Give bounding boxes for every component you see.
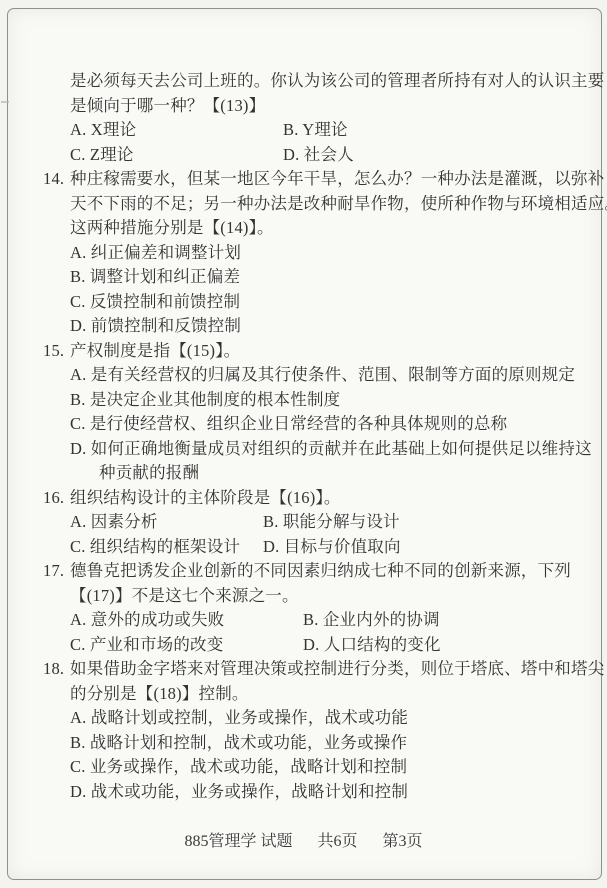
q15-option-c: C. 是行使经营权、组织企业日常经营的各种具体规则的总称 <box>43 412 577 437</box>
q16-option-row-1: A. 因素分析 B. 职能分解与设计 <box>43 510 577 535</box>
q18-number: 18. <box>43 657 70 682</box>
q18-stem-line-1: 18.如果借助金字塔来对管理决策或控制进行分类，则位于塔底、塔中和塔尖 <box>43 657 577 682</box>
q14-stem-line-2: 天不下雨的不足；另一种办法是改种耐旱作物，使所种作物与环境相适应。 <box>43 192 577 217</box>
q17-option-d: D. 人口结构的变化 <box>303 633 441 658</box>
q15-option-b: B. 是决定企业其他制度的根本性制度 <box>43 388 577 413</box>
q13-stem-line-1: 是必须每天去公司上班的。你认为该公司的管理者所持有对人的认识主要 <box>43 69 577 94</box>
q13-stem-line-2: 是倾向于哪一种？【(13)】 <box>43 94 577 119</box>
q17-option-b: B. 企业内外的协调 <box>303 608 440 633</box>
q13-option-d: D. 社会人 <box>283 143 354 168</box>
q16-number: 16. <box>43 486 70 511</box>
scanned-exam-page: { "doc": { "q13": { "stem": [ "是必须每天去公司上… <box>0 0 607 888</box>
q14-stem-text: 种庄稼需要水，但某一地区今年干旱，怎么办？一种办法是灌溉，以弥补 <box>70 169 604 188</box>
q14-number: 14. <box>43 167 70 192</box>
q18-stem-text: 如果借助金字塔来对管理决策或控制进行分类，则位于塔底、塔中和塔尖 <box>70 659 604 678</box>
q16-option-b: B. 职能分解与设计 <box>263 510 400 535</box>
footer-total-pages: 共6页 <box>317 830 357 854</box>
q16-option-d: D. 目标与价值取向 <box>263 535 401 560</box>
q18-stem-line-2: 的分别是【(18)】控制。 <box>43 682 577 707</box>
q13-option-row-1: A. X理论 B. Y理论 <box>43 118 577 143</box>
exam-body: 是必须每天去公司上班的。你认为该公司的管理者所持有对人的认识主要 是倾向于哪一种… <box>43 69 577 804</box>
q15-stem-line-1: 15.产权制度是指【(15)】。 <box>43 339 577 364</box>
q17-option-a: A. 意外的成功或失败 <box>70 608 303 633</box>
q16-stem-line-1: 16.组织结构设计的主体阶段是【(16)】。 <box>43 486 577 511</box>
q13-option-a: A. X理论 <box>70 118 283 143</box>
q17-option-row-1: A. 意外的成功或失败 B. 企业内外的协调 <box>43 608 577 633</box>
q15-stem-text: 产权制度是指【(15)】。 <box>70 341 240 360</box>
q18-option-c: C. 业务或操作，战术或功能，战略计划和控制 <box>43 755 577 780</box>
q17-stem-line-2: 【(17)】不是这七个来源之一。 <box>43 584 577 609</box>
q18-option-b: B. 战略计划和控制，战术或功能，业务或操作 <box>43 731 577 756</box>
footer-exam-title: 885管理学 试题 <box>184 830 292 854</box>
q14-option-a: A. 纠正偏差和调整计划 <box>43 241 577 266</box>
q15-option-d-continuation: 种贡献的报酬 <box>43 461 577 486</box>
q18-option-d: D. 战术或功能，业务或操作，战略计划和控制 <box>43 780 577 805</box>
q17-stem-text: 德鲁克把诱发企业创新的不同因素归纳成七种不同的创新来源，下列 <box>70 561 571 580</box>
q14-option-c: C. 反馈控制和前馈控制 <box>43 290 577 315</box>
q17-option-row-2: C. 产业和市场的改变 D. 人口结构的变化 <box>43 633 577 658</box>
q17-stem-line-1: 17.德鲁克把诱发企业创新的不同因素归纳成七种不同的创新来源，下列 <box>43 559 577 584</box>
q17-option-c: C. 产业和市场的改变 <box>70 633 303 658</box>
q16-stem-text: 组织结构设计的主体阶段是【(16)】。 <box>70 488 341 507</box>
q13-option-c: C. Z理论 <box>70 143 283 168</box>
q14-stem-line-1: 14.种庄稼需要水，但某一地区今年干旱，怎么办？一种办法是灌溉，以弥补 <box>43 167 577 192</box>
q16-option-a: A. 因素分析 <box>70 510 263 535</box>
footer-page-number: 第3页 <box>383 830 423 854</box>
q14-option-d: D. 前馈控制和反馈控制 <box>43 314 577 339</box>
q17-number: 17. <box>43 559 70 584</box>
q15-number: 15. <box>43 339 70 364</box>
page-footer: 885管理学 试题 共6页 第3页 <box>0 830 607 854</box>
scan-artifact-dash <box>1 101 9 103</box>
q16-option-c: C. 组织结构的框架设计 <box>70 535 263 560</box>
q16-option-row-2: C. 组织结构的框架设计 D. 目标与价值取向 <box>43 535 577 560</box>
q13-option-row-2: C. Z理论 D. 社会人 <box>43 143 577 168</box>
q18-option-a: A. 战略计划或控制，业务或操作，战术或功能 <box>43 706 577 731</box>
q14-stem-line-3: 这两种措施分别是【(14)】。 <box>43 216 577 241</box>
q14-option-b: B. 调整计划和纠正偏差 <box>43 265 577 290</box>
q13-option-b: B. Y理论 <box>283 118 348 143</box>
q15-option-d: D. 如何正确地衡量成员对组织的贡献并在此基础上如何提供足以维持这 <box>43 437 577 462</box>
q15-option-a: A. 是有关经营权的归属及其行使条件、范围、限制等方面的原则规定 <box>43 363 577 388</box>
